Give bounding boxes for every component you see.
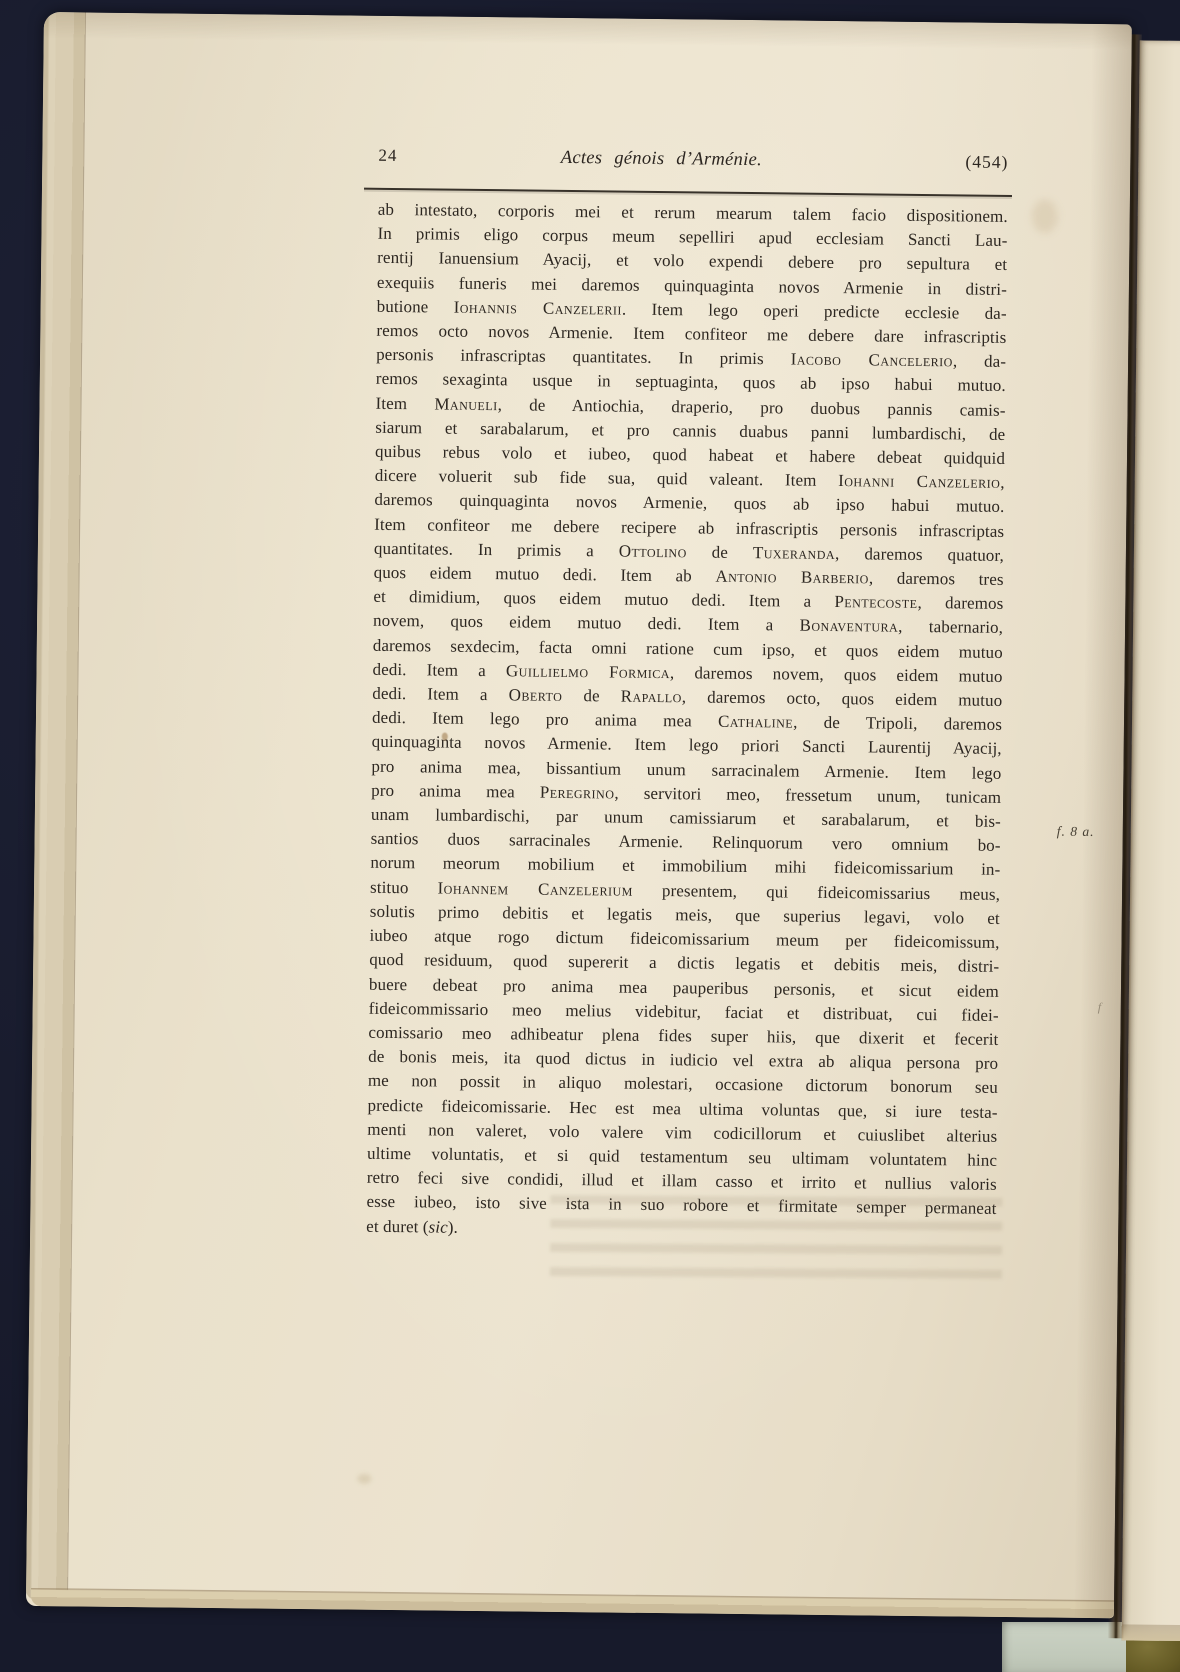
small-caps-name: Iacobo Cancelerio (791, 350, 953, 371)
page-left-edge (26, 12, 86, 1600)
small-caps-name: Antonio Barberio (715, 567, 869, 588)
small-caps-name: Cathaline (718, 712, 793, 732)
small-caps-name: Pentecoste (834, 592, 917, 612)
small-caps-name: Rapallo (621, 687, 682, 707)
small-caps-name: Iohanni Canzelerio (838, 471, 1000, 492)
header-rule (364, 188, 1012, 197)
open-book: 24 Actes génois d’Arménie. (454) ab inte… (25, 12, 1180, 1665)
running-title: Actes génois d’Arménie. (377, 146, 945, 173)
small-caps-name: Guillielmo Formica (506, 661, 670, 682)
book-scan: 24 Actes génois d’Arménie. (454) ab inte… (0, 0, 1180, 1672)
margin-note: f. 8 a. (1057, 824, 1095, 840)
stain (357, 1474, 371, 1484)
stain (1032, 199, 1058, 233)
page-bottom-edge (31, 1588, 1114, 1618)
small-caps-name: Manueli (434, 394, 497, 414)
margin-mark: f (1098, 1000, 1102, 1015)
small-caps-name: Ottolino (619, 541, 687, 561)
show-through (550, 1195, 1003, 1282)
small-caps-name: Iohannis Canzelerii (454, 297, 623, 318)
book-page: 24 Actes génois d’Arménie. (454) ab inte… (26, 12, 1132, 1618)
small-caps-name: Bonaventura (799, 616, 898, 636)
small-caps-name: Iohannem Canzelerium (437, 878, 633, 899)
small-caps-name: Peregrino (540, 783, 615, 803)
small-caps-name: Tuxeranda (753, 543, 835, 563)
page-header: 24 Actes génois d’Arménie. (454) (378, 145, 1008, 174)
small-caps-name: Oberto (509, 685, 563, 705)
body-text: ab intestato, corporis mei et rerum mear… (366, 198, 1008, 1246)
folio-number: (454) (965, 151, 1008, 172)
italic-text: sic (428, 1217, 447, 1236)
